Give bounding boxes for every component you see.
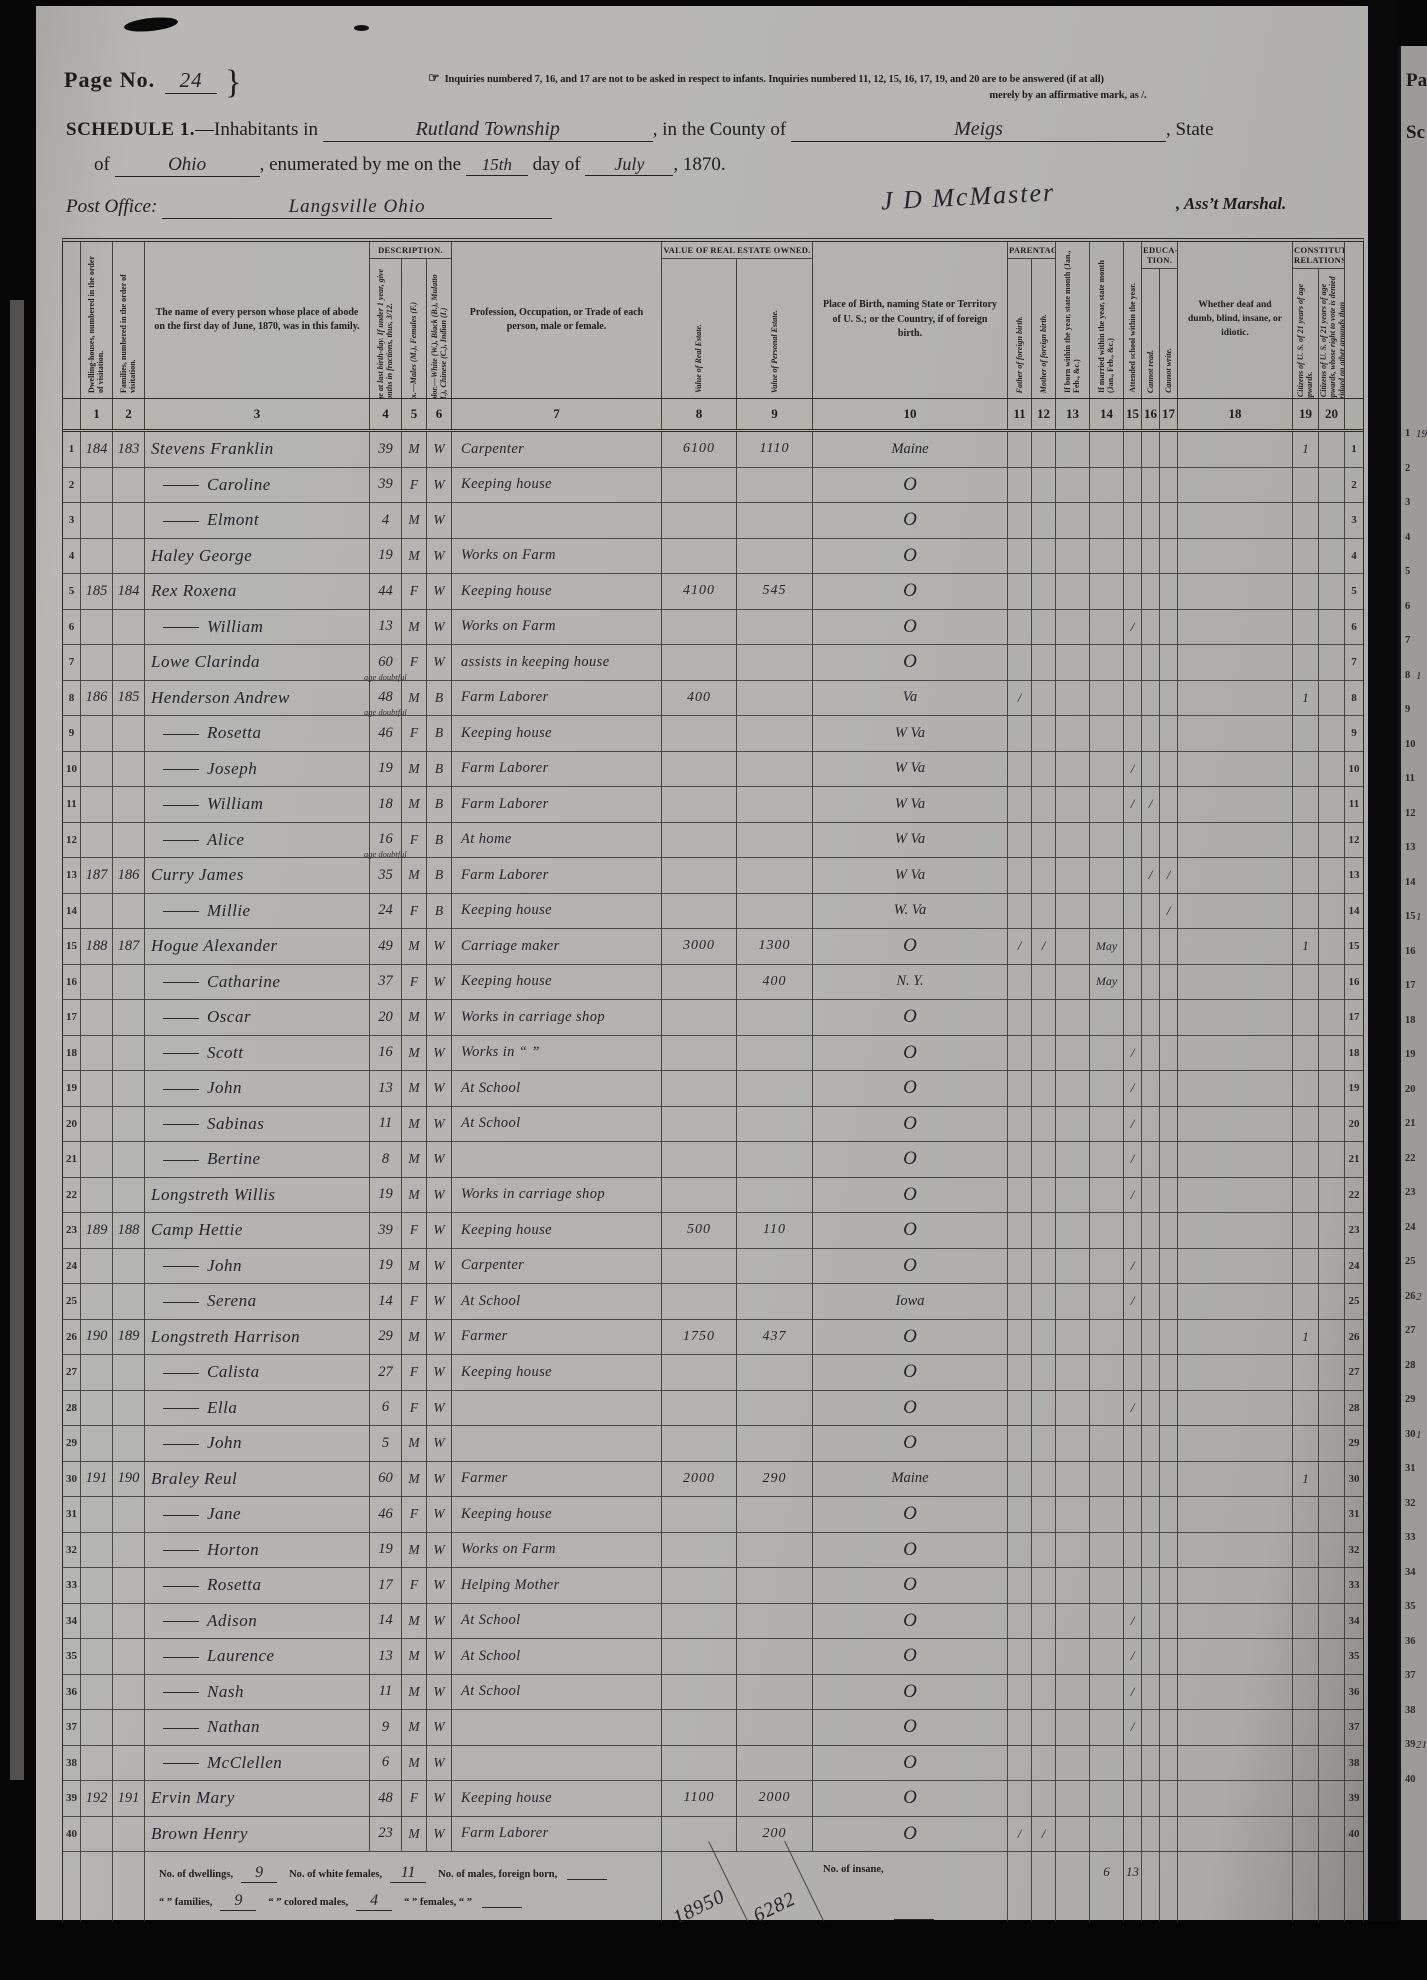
cell-born-month: [1056, 1639, 1090, 1674]
age-doubtful-note: age doubtful: [364, 849, 407, 859]
cell-cannot-read: [1142, 1355, 1160, 1390]
cell-sex: M: [402, 1000, 427, 1035]
cell-occupation: Keeping house: [452, 1781, 662, 1816]
cell-attended-school: [1124, 1426, 1142, 1461]
cell-cannot-write: [1160, 610, 1178, 645]
cell-family: [113, 1249, 145, 1284]
cell-age: 19: [370, 1178, 402, 1213]
cell-color: W: [427, 1320, 452, 1355]
cell-color: B: [427, 823, 452, 858]
row-number-left: 2: [63, 468, 81, 503]
cell-citizen-denied: [1319, 752, 1345, 787]
cell-mother-foreign: [1032, 1355, 1056, 1390]
cell-real-estate: 500: [662, 1213, 737, 1248]
table-row: 12Alice16FBAt homeW Va12: [63, 823, 1363, 859]
cell-family: [113, 1639, 145, 1674]
cell-father-foreign: [1008, 432, 1032, 467]
cell-color: W: [427, 1533, 452, 1568]
col18-header: Whether deaf and dumb, blind, insane, or…: [1178, 242, 1293, 398]
table-row: 18Scott16MWWorks in “ ”O/18: [63, 1036, 1363, 1072]
cell-sex: F: [402, 1391, 427, 1426]
cell-born-month: [1056, 1107, 1090, 1142]
cell-mother-foreign: [1032, 1036, 1056, 1071]
cell-citizen-denied: [1319, 894, 1345, 929]
cell-born-month: [1056, 1710, 1090, 1745]
page-number-line: Page No.24}: [64, 64, 242, 102]
cell-age: 11: [370, 1675, 402, 1710]
cell-personal-estate: [737, 1568, 813, 1603]
column-number: 20: [1319, 399, 1345, 429]
cell-family: 189: [113, 1320, 145, 1355]
cell-real-estate: [662, 1036, 737, 1071]
row-number-left: 10: [63, 752, 81, 787]
cell-dwelling: [81, 1249, 113, 1284]
cell-male-citizen: [1293, 1000, 1319, 1035]
cell-personal-estate: 290: [737, 1462, 813, 1497]
day-value: 15th: [466, 155, 528, 176]
cell-born-month: [1056, 574, 1090, 609]
cell-personal-estate: [737, 1071, 813, 1106]
row-number-left: 11: [63, 787, 81, 822]
col2-header: Families, numbered in the order of visit…: [113, 242, 145, 398]
cell-real-estate: [662, 1533, 737, 1568]
cell-male-citizen: 1: [1293, 432, 1319, 467]
cell-birthplace: O: [813, 1391, 1008, 1426]
row-number-right: 17: [1345, 1000, 1363, 1035]
cell-name: Calista: [145, 1355, 370, 1390]
cell-citizen-denied: [1319, 645, 1345, 680]
cell-deaf-dumb: [1178, 1142, 1293, 1177]
cell-personal-estate: [737, 894, 813, 929]
sliver-row-number: 35: [1405, 1601, 1416, 1612]
cell-sex: M: [402, 1107, 427, 1142]
cell-sex: M: [402, 1426, 427, 1461]
cell-mother-foreign: [1032, 1533, 1056, 1568]
person-name: Ella: [207, 1398, 237, 1418]
cell-cannot-read: [1142, 1071, 1160, 1106]
ditto-dash: [163, 1053, 199, 1054]
cell-cannot-read: [1142, 1391, 1160, 1426]
cell-married-month: [1090, 1036, 1124, 1071]
ink-blot: [123, 15, 178, 34]
cell-color: W: [427, 468, 452, 503]
cell-color: W: [427, 1604, 452, 1639]
cell-personal-estate: [737, 1249, 813, 1284]
cell-age: 4: [370, 503, 402, 538]
cell-color: B: [427, 681, 452, 716]
cell-sex: F: [402, 1497, 427, 1532]
cell-color: W: [427, 1817, 452, 1852]
cell-cannot-read: [1142, 1710, 1160, 1745]
cell-citizen-denied: [1319, 823, 1345, 858]
schedule-line: SCHEDULE 1.—Inhabitants in Rutland Towns…: [66, 118, 1351, 142]
cell-born-month: [1056, 1533, 1090, 1568]
cell-male-citizen: [1293, 752, 1319, 787]
cell-father-foreign: [1008, 1284, 1032, 1319]
sliver-row-number: 29: [1405, 1394, 1416, 1405]
table-row: 14Millie24FBKeeping houseW. Va/14: [63, 894, 1363, 930]
cell-name: Braley Reul: [145, 1462, 370, 1497]
cell-cannot-read: [1142, 539, 1160, 574]
cell-mother-foreign: [1032, 503, 1056, 538]
cell-born-month: [1056, 1497, 1090, 1532]
table-row: 22Longstreth Willis19MWWorks in carriage…: [63, 1178, 1363, 1214]
cell-color: W: [427, 965, 452, 1000]
cell-mother-foreign: [1032, 716, 1056, 751]
cell-citizen-denied: [1319, 965, 1345, 1000]
row-number-left: 19: [63, 1071, 81, 1106]
table-header: Dwelling-houses, numbered in the order o…: [63, 242, 1363, 399]
cell-father-foreign: [1008, 894, 1032, 929]
cell-cannot-read: [1142, 1107, 1160, 1142]
sliver-row-number: 17: [1405, 980, 1416, 991]
row-number-right: 27: [1345, 1355, 1363, 1390]
cell-cannot-write: [1160, 752, 1178, 787]
col16-header: Cannot read.: [1142, 269, 1160, 398]
table-row: 9Rosetta46age doubtfulFBKeeping houseW V…: [63, 716, 1363, 752]
row-number-left: 32: [63, 1533, 81, 1568]
cell-name: Adison: [145, 1604, 370, 1639]
cell-name: Serena: [145, 1284, 370, 1319]
cell-dwelling: [81, 1071, 113, 1106]
cell-birthplace: O: [813, 1497, 1008, 1532]
cell-cannot-read: [1142, 503, 1160, 538]
parentage-group: Parentage. Father of foreign birth. Moth…: [1008, 242, 1056, 398]
cell-birthplace: O: [813, 1213, 1008, 1248]
col7-header: Profession, Occupation, or Trade of each…: [452, 242, 662, 398]
cell-dwelling: 185: [81, 574, 113, 609]
row-number-right: 16: [1345, 965, 1363, 1000]
table-row: 35Laurence13MWAt SchoolO/35: [63, 1639, 1363, 1675]
cell-attended-school: [1124, 1000, 1142, 1035]
cell-born-month: [1056, 894, 1090, 929]
corner-cell: [1345, 242, 1363, 398]
table-row: 20Sabinas11MWAt SchoolO/20: [63, 1107, 1363, 1143]
census-page: Page No.24} ☞Inquiries numbered 7, 16, a…: [36, 6, 1368, 1920]
post-office-label: Post Office:: [66, 196, 157, 217]
cell-father-foreign: [1008, 1746, 1032, 1781]
row-number-right: 40: [1345, 1817, 1363, 1852]
cell-married-month: [1090, 539, 1124, 574]
footer-line-1: No. of dwellings, 9 No. of white females…: [159, 1864, 661, 1883]
ditto-dash: [163, 485, 199, 486]
cell-married-month: [1090, 1320, 1124, 1355]
cell-real-estate: [662, 468, 737, 503]
sliver-row-number: 5: [1405, 566, 1410, 577]
cell-birthplace: Va: [813, 681, 1008, 716]
cell-attended-school: /: [1124, 1036, 1142, 1071]
cell-born-month: [1056, 1781, 1090, 1816]
cell-cannot-write: [1160, 468, 1178, 503]
col13-header: If born within the year, state month (Ja…: [1056, 242, 1090, 398]
cell-deaf-dumb: [1178, 539, 1293, 574]
person-name: Rosetta: [207, 1575, 262, 1595]
cell-mother-foreign: [1032, 823, 1056, 858]
cell-attended-school: /: [1124, 1178, 1142, 1213]
adjacent-page-sliver: Pa Sc 1192345678191011121314151161718192…: [1398, 46, 1427, 1920]
families-label: “ ” families,: [159, 1897, 212, 1908]
cell-real-estate: [662, 965, 737, 1000]
sliver-row-number: 10: [1405, 739, 1416, 750]
cell-birthplace: O: [813, 1710, 1008, 1745]
row-number-left: 3: [63, 503, 81, 538]
sliver-row-number: 38: [1405, 1705, 1416, 1716]
cell-attended-school: [1124, 965, 1142, 1000]
cell-real-estate: 2000: [662, 1462, 737, 1497]
cell-cannot-read: [1142, 645, 1160, 680]
ditto-dash: [163, 1621, 199, 1622]
cell-birthplace: O: [813, 1675, 1008, 1710]
cell-deaf-dumb: [1178, 1178, 1293, 1213]
cell-cannot-read: [1142, 1675, 1160, 1710]
cell-deaf-dumb: [1178, 1107, 1293, 1142]
cell-mother-foreign: [1032, 610, 1056, 645]
cell-born-month: [1056, 503, 1090, 538]
cell-deaf-dumb: [1178, 1746, 1293, 1781]
cell-name: Scott: [145, 1036, 370, 1071]
person-name: Millie: [207, 901, 251, 921]
cell-age: 19: [370, 539, 402, 574]
cell-cannot-write: [1160, 1178, 1178, 1213]
cell-married-month: [1090, 1249, 1124, 1284]
cell-personal-estate: [737, 1142, 813, 1177]
cell-mother-foreign: [1032, 574, 1056, 609]
cell-born-month: [1056, 1036, 1090, 1071]
cell-personal-estate: [737, 1639, 813, 1674]
cell-color: W: [427, 1781, 452, 1816]
cell-personal-estate: [737, 610, 813, 645]
cell-name: Brown Henry: [145, 1817, 370, 1852]
cell-father-foreign: [1008, 1391, 1032, 1426]
cell-attended-school: /: [1124, 1710, 1142, 1745]
ditto-dash: [163, 840, 199, 841]
sliver-handwriting-fragment: 1: [1416, 1429, 1422, 1441]
row-number-right: 39: [1345, 1781, 1363, 1816]
sliver-fragment: Sc: [1406, 122, 1425, 144]
cell-cannot-write: [1160, 1355, 1178, 1390]
description-group-label: Description.: [370, 242, 451, 259]
cell-dwelling: [81, 610, 113, 645]
cell-occupation: Works on Farm: [452, 610, 662, 645]
row-number-right: 4: [1345, 539, 1363, 574]
cell-male-citizen: [1293, 1497, 1319, 1532]
cell-real-estate: [662, 1000, 737, 1035]
cell-sex: M: [402, 1639, 427, 1674]
row-number-right: 10: [1345, 752, 1363, 787]
blank-line: [482, 1895, 522, 1908]
cell-citizen-denied: [1319, 1284, 1345, 1319]
cell-mother-foreign: [1032, 1568, 1056, 1603]
cell-family: [113, 1497, 145, 1532]
corner-cell: [63, 399, 81, 429]
cell-dwelling: [81, 1391, 113, 1426]
sliver-handwriting-fragment: 1: [1416, 911, 1422, 923]
cell-born-month: [1056, 681, 1090, 716]
cell-mother-foreign: [1032, 1178, 1056, 1213]
cell-cannot-read: [1142, 965, 1160, 1000]
cell-married-month: [1090, 1178, 1124, 1213]
cell-deaf-dumb: [1178, 716, 1293, 751]
cell-birthplace: O: [813, 929, 1008, 964]
cell-color: W: [427, 610, 452, 645]
row-number-left: 17: [63, 1000, 81, 1035]
cell-color: B: [427, 752, 452, 787]
cell-married-month: [1090, 610, 1124, 645]
cell-male-citizen: [1293, 1107, 1319, 1142]
row-number-left: 28: [63, 1391, 81, 1426]
cell-married-month: [1090, 1710, 1124, 1745]
sliver-row-number: 3: [1405, 497, 1410, 508]
cell-citizen-denied: [1319, 1213, 1345, 1248]
row-number-right: 24: [1345, 1249, 1363, 1284]
column-number: 4: [370, 399, 402, 429]
cell-born-month: [1056, 1462, 1090, 1497]
cell-born-month: [1056, 539, 1090, 574]
column-number: 15: [1124, 399, 1142, 429]
education-group-label: Educa­tion.: [1142, 242, 1177, 269]
cell-name: Lowe Clarinda: [145, 645, 370, 680]
table-row: 10Joseph19MBFarm LaborerW Va/10: [63, 752, 1363, 788]
cell-father-foreign: [1008, 468, 1032, 503]
cell-cannot-write: [1160, 1639, 1178, 1674]
cell-family: [113, 1036, 145, 1071]
cell-married-month: [1090, 787, 1124, 822]
cell-color: W: [427, 1178, 452, 1213]
col14-header: If married within the year, state month …: [1090, 242, 1124, 398]
cell-occupation: Works on Farm: [452, 1533, 662, 1568]
marshal-title: , Ass’t Marshal.: [1176, 194, 1286, 214]
cell-sex: M: [402, 1178, 427, 1213]
cell-citizen-denied: [1319, 1426, 1345, 1461]
cell-male-citizen: [1293, 1426, 1319, 1461]
cell-born-month: [1056, 1746, 1090, 1781]
cell-birthplace: Maine: [813, 1462, 1008, 1497]
cell-color: W: [427, 1426, 452, 1461]
cell-deaf-dumb: [1178, 1710, 1293, 1745]
cell-birthplace: O: [813, 1320, 1008, 1355]
cell-name: Henderson Andrew: [145, 681, 370, 716]
cell-cannot-write: [1160, 1391, 1178, 1426]
cell-name: Stevens Franklin: [145, 432, 370, 467]
cell-born-month: [1056, 1675, 1090, 1710]
table-row: 37Nathan9MWO/37: [63, 1710, 1363, 1746]
cell-married-month: [1090, 1462, 1124, 1497]
cell-color: W: [427, 1249, 452, 1284]
cell-sex: M: [402, 1746, 427, 1781]
cell-age: 14: [370, 1604, 402, 1639]
cell-real-estate: [662, 1746, 737, 1781]
sliver-row-number: 12: [1405, 808, 1416, 819]
cell-mother-foreign: [1032, 645, 1056, 680]
cell-name: Haley George: [145, 539, 370, 574]
cell-family: [113, 1284, 145, 1319]
ditto-dash: [163, 1373, 199, 1374]
person-name: Horton: [207, 1540, 259, 1560]
ditto-dash: [163, 1657, 199, 1658]
row-number-right: 1: [1345, 432, 1363, 467]
cell-dwelling: [81, 716, 113, 751]
cell-sex: M: [402, 1142, 427, 1177]
cell-father-foreign: [1008, 1781, 1032, 1816]
cell-age: 19: [370, 1533, 402, 1568]
cell-occupation: Keeping house: [452, 1497, 662, 1532]
cell-male-citizen: [1293, 823, 1319, 858]
cell-cannot-read: [1142, 1142, 1160, 1177]
cell-born-month: [1056, 1604, 1090, 1639]
sliver-row-number: 14: [1405, 877, 1416, 888]
cell-occupation: Keeping house: [452, 574, 662, 609]
cell-dwelling: [81, 1746, 113, 1781]
cell-cannot-write: [1160, 1142, 1178, 1177]
row-number-left: 5: [63, 574, 81, 609]
page-gutter: [1368, 0, 1398, 1980]
cell-color: W: [427, 1568, 452, 1603]
cell-dwelling: [81, 1675, 113, 1710]
person-name: Catharine: [207, 972, 280, 992]
col4-header: Age at last birth-day. If under 1 year, …: [370, 259, 402, 398]
cell-age: 16: [370, 1036, 402, 1071]
table-row: 38McClellen6MWO38: [63, 1746, 1363, 1782]
cell-age: 35age doubtful: [370, 858, 402, 893]
cell-dwelling: [81, 823, 113, 858]
cell-sex: F: [402, 1355, 427, 1390]
cell-birthplace: O: [813, 1071, 1008, 1106]
table-row: 36Nash11MWAt SchoolO/36: [63, 1675, 1363, 1711]
table-row: 4Haley George19MWWorks on FarmO4: [63, 539, 1363, 575]
column-number: 12: [1032, 399, 1056, 429]
cell-born-month: [1056, 1178, 1090, 1213]
cell-sex: M: [402, 1462, 427, 1497]
cell-age: 13: [370, 610, 402, 645]
cell-color: B: [427, 787, 452, 822]
cell-cannot-read: [1142, 681, 1160, 716]
cell-birthplace: O: [813, 574, 1008, 609]
cell-personal-estate: [737, 1284, 813, 1319]
cell-cannot-write: [1160, 1817, 1178, 1852]
cell-birthplace: W Va: [813, 716, 1008, 751]
row-number-left: 39: [63, 1781, 81, 1816]
row-number-left: 4: [63, 539, 81, 574]
cell-male-citizen: [1293, 1604, 1319, 1639]
cell-occupation: [452, 1710, 662, 1745]
cell-born-month: [1056, 929, 1090, 964]
cell-dwelling: [81, 1604, 113, 1639]
table-row: 23189188Camp Hettie39FWKeeping house5001…: [63, 1213, 1363, 1249]
cell-married-month: [1090, 1817, 1124, 1852]
table-row: 7Lowe Clarinda60FWassists in keeping hou…: [63, 645, 1363, 681]
cell-dwelling: 188: [81, 929, 113, 964]
person-name: McClellen: [207, 1753, 282, 1773]
cell-color: W: [427, 1462, 452, 1497]
cell-name: Ella: [145, 1391, 370, 1426]
cell-attended-school: [1124, 1746, 1142, 1781]
note-line1: Inquiries numbered 7, 16, and 17 are not…: [445, 74, 1104, 85]
sliver-row-number: 22: [1405, 1153, 1416, 1164]
cell-father-foreign: [1008, 1036, 1032, 1071]
cell-occupation: Keeping house: [452, 965, 662, 1000]
page-edge-left: [10, 300, 24, 1780]
cell-male-citizen: [1293, 894, 1319, 929]
cell-deaf-dumb: [1178, 858, 1293, 893]
cell-male-citizen: [1293, 1639, 1319, 1674]
cell-citizen-denied: [1319, 574, 1345, 609]
cell-occupation: Keeping house: [452, 1355, 662, 1390]
cell-male-citizen: [1293, 1568, 1319, 1603]
cell-family: [113, 1710, 145, 1745]
cell-citizen-denied: [1319, 858, 1345, 893]
row-number-right: 11: [1345, 787, 1363, 822]
ditto-dash: [163, 911, 199, 912]
